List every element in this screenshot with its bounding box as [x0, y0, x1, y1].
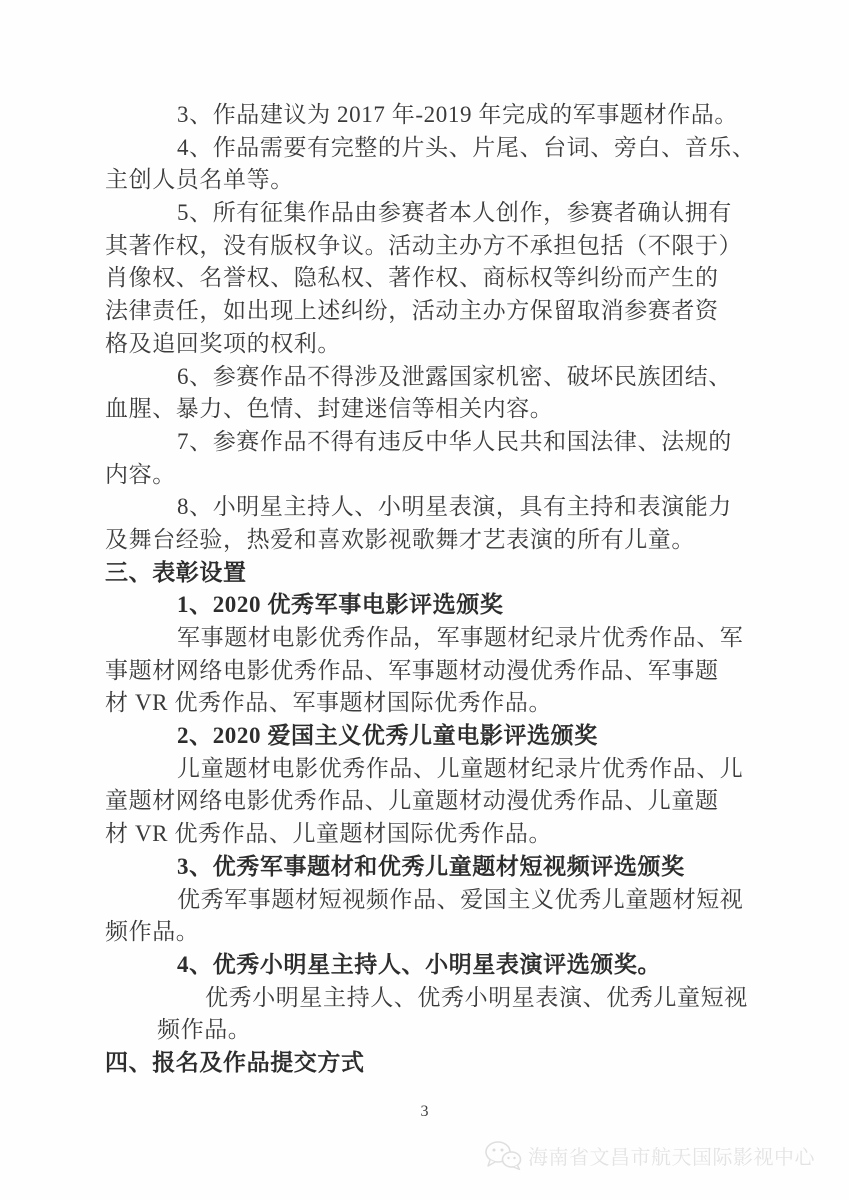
text-line: 儿童题材电影优秀作品、儿童题材纪录片优秀作品、儿 — [105, 753, 753, 786]
text-line: 频作品。 — [105, 1014, 753, 1047]
text-line: 军事题材电影优秀作品，军事题材纪录片优秀作品、军 — [105, 622, 753, 655]
text-line: 材 VR 优秀作品、儿童题材国际优秀作品。 — [105, 818, 753, 851]
text-line: 及舞台经验，热爱和喜欢影视歌舞才艺表演的所有儿童。 — [105, 524, 753, 557]
text-line: 童题材网络电影优秀作品、儿童题材动漫优秀作品、儿童题 — [105, 785, 753, 818]
text-line: 内容。 — [105, 459, 753, 492]
text-line: 频作品。 — [105, 916, 753, 949]
watermark: 海南省文昌市航天国际影视中心 — [484, 1139, 815, 1171]
heading-line: 1、2020 优秀军事电影评选颁奖 — [105, 589, 753, 622]
document-body: 3、作品建议为 2017 年-2019 年完成的军事题材作品。4、作品需要有完整… — [105, 99, 753, 1080]
text-line: 事题材网络电影优秀作品、军事题材动漫优秀作品、军事题 — [105, 655, 753, 688]
heading-line: 四、报名及作品提交方式 — [105, 1047, 753, 1080]
text-line: 主创人员名单等。 — [105, 164, 753, 197]
text-line: 8、小明星主持人、小明星表演，具有主持和表演能力 — [105, 491, 753, 524]
watermark-label: 海南省文昌市航天国际影视中心 — [528, 1141, 815, 1170]
text-line: 格及追回奖项的权利。 — [105, 328, 753, 361]
text-line: 材 VR 优秀作品、军事题材国际优秀作品。 — [105, 687, 753, 720]
page-number: 3 — [0, 1103, 849, 1121]
heading-line: 三、表彰设置 — [105, 557, 753, 590]
text-line: 肖像权、名誉权、隐私权、著作权、商标权等纠纷而产生的 — [105, 262, 753, 295]
text-line: 其著作权，没有版权争议。活动主办方不承担包括（不限于） — [105, 230, 753, 263]
heading-line: 3、优秀军事题材和优秀儿童题材短视频评选颁奖 — [105, 851, 753, 884]
heading-line: 4、优秀小明星主持人、小明星表演评选颁奖。 — [105, 949, 753, 982]
text-line: 优秀小明星主持人、优秀小明星表演、优秀儿童短视 — [105, 982, 753, 1015]
text-line: 优秀军事题材短视频作品、爱国主义优秀儿童题材短视 — [105, 884, 753, 917]
document-page: 3、作品建议为 2017 年-2019 年完成的军事题材作品。4、作品需要有完整… — [0, 0, 849, 1200]
text-line: 法律责任，如出现上述纠纷，活动主办方保留取消参赛者资 — [105, 295, 753, 328]
text-line: 3、作品建议为 2017 年-2019 年完成的军事题材作品。 — [105, 99, 753, 132]
heading-line: 2、2020 爱国主义优秀儿童电影评选颁奖 — [105, 720, 753, 753]
text-line: 4、作品需要有完整的片头、片尾、台词、旁白、音乐、 — [105, 132, 753, 165]
text-line: 6、参赛作品不得涉及泄露国家机密、破坏民族团结、 — [105, 361, 753, 394]
text-line: 5、所有征集作品由参赛者本人创作，参赛者确认拥有 — [105, 197, 753, 230]
text-line: 血腥、暴力、色情、封建迷信等相关内容。 — [105, 393, 753, 426]
wechat-icon — [484, 1139, 522, 1171]
text-line: 7、参赛作品不得有违反中华人民共和国法律、法规的 — [105, 426, 753, 459]
